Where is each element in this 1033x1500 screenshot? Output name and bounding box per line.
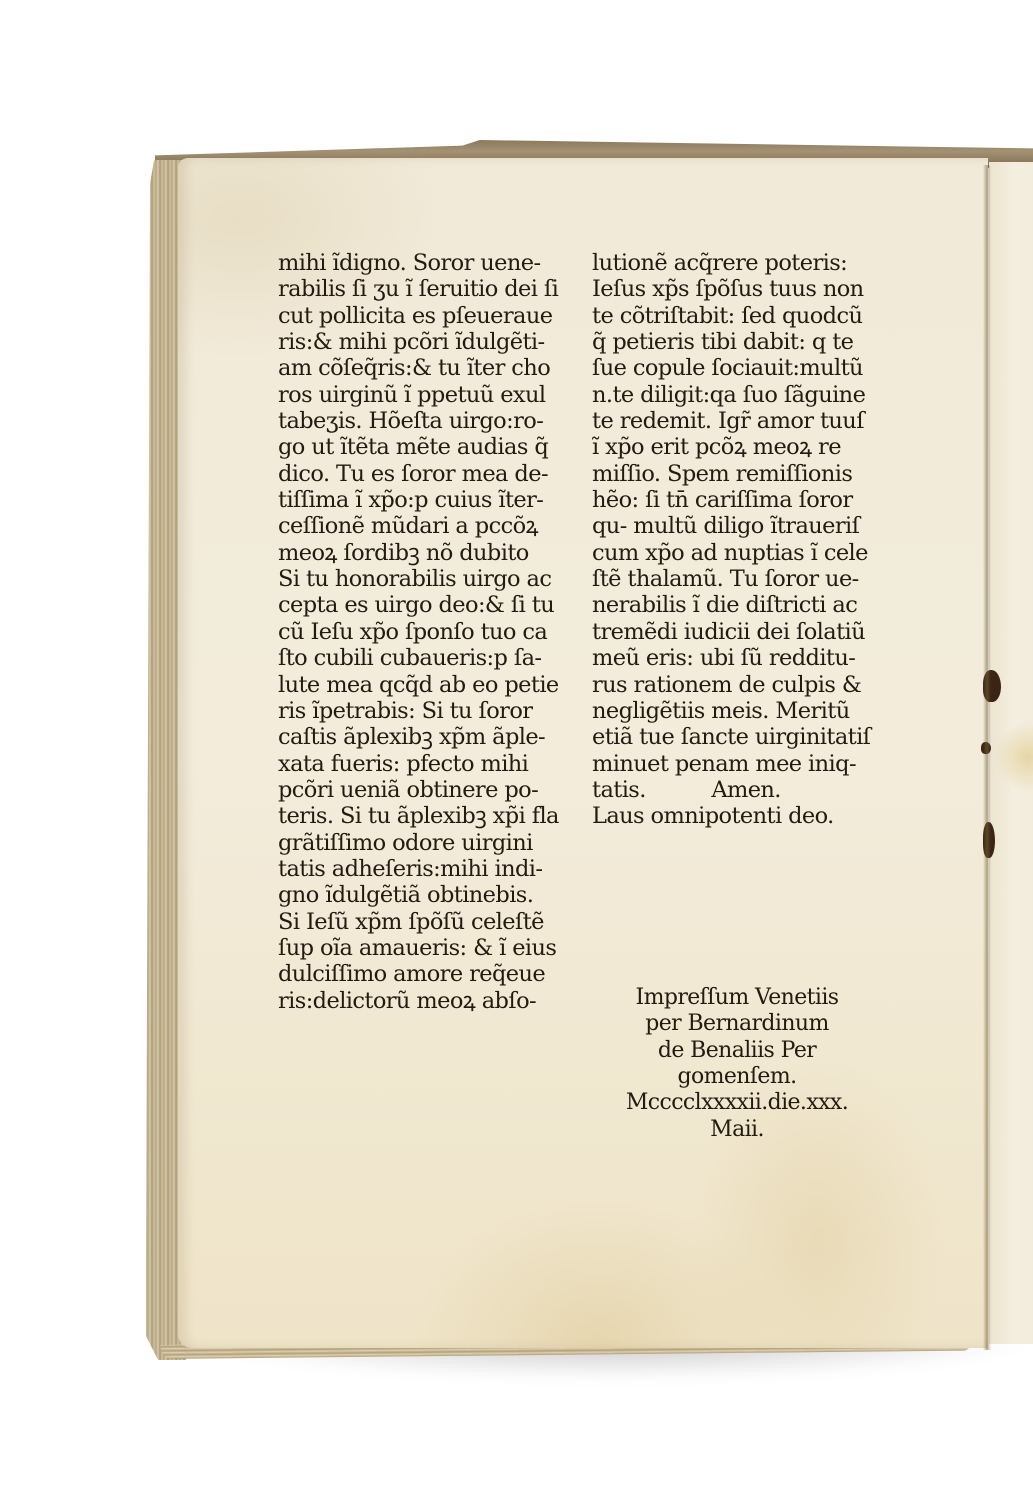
text-line: ſue copule ſociauit:multũ: [592, 355, 882, 381]
colophon-line: de Benaliis Per: [592, 1038, 882, 1064]
text-line: meoꝝ ſordibꝫ nõ dubito: [278, 540, 578, 566]
text-line: rabilis ſi ʒu ĩ ſeruitio dei ſi: [278, 276, 578, 302]
text-line: ris ĩpetrabis: Si tu ſoror: [278, 698, 578, 724]
text-line: meũ eris: ubi ſũ redditu-: [592, 645, 882, 671]
text-line: ſtẽ thalamũ. Tu ſoror ue-: [592, 566, 882, 592]
text-line: ris:delictorũ meoꝝ abſo-: [278, 988, 578, 1014]
colophon-line: Impreſſum Venetiis: [592, 985, 882, 1011]
text-line: tatis. Amen.: [592, 777, 882, 803]
text-line: dulciſſimo amore req̃eue: [278, 961, 578, 987]
text-line: cũ Ieſu xp̃o ſponſo tuo ca: [278, 619, 578, 645]
text-line: q̃ petieris tibi dabit: q te: [592, 329, 882, 355]
text-line: caſtis ãplexibꝫ xp̃m ãple-: [278, 724, 578, 750]
colophon: Impreſſum Venetiis per Bernardinum de Be…: [592, 985, 882, 1143]
text-line: Si tu honorabilis uirgo ac: [278, 566, 578, 592]
text-line: dico. Tu es ſoror mea de-: [278, 461, 578, 487]
text-line: te cõtriſtabit: ſed quodcũ: [592, 303, 882, 329]
text-line: tabeʒis. Hõeſta uirgo:ro-: [278, 408, 578, 434]
text-line: ros uirginũ ĩ ppetuũ exul: [278, 382, 578, 408]
text-line: ſto cubili cubaueris:p ſa-: [278, 645, 578, 671]
text-line: pcõri ueniã obtinere po-: [278, 777, 578, 803]
book-gutter: [983, 165, 991, 1350]
text-line: negligẽtiis meis. Meritũ: [592, 698, 882, 724]
text-line: xata fueris: pfecto mihi: [278, 751, 578, 777]
text-line: ſup oĩa amaueris: & ĩ eius: [278, 935, 578, 961]
text-line: rus rationem de culpis &: [592, 672, 882, 698]
text-line: ris:& mihi pcõri ĩdulgẽti-: [278, 329, 578, 355]
colophon-line: Maii.: [592, 1117, 882, 1143]
text-line: am cõſeq̃ris:& tu ĩter cho: [278, 355, 578, 381]
text-line: lute mea qcq̃d ab eo petie: [278, 672, 578, 698]
text-line: miſſio. Spem remiſſionis: [592, 461, 882, 487]
colophon-line: gomenſem.: [592, 1064, 882, 1090]
text-line: cut pollicita es pſeuerauе: [278, 303, 578, 329]
text-line: gno ĩdulgẽtiã obtinebis.: [278, 882, 578, 908]
text-line: hẽo: ſi tn̄ cariſſima ſoror: [592, 487, 882, 513]
text-line: mihi ĩdigno. Soror uene-: [278, 250, 578, 276]
text-line: te redemit. Igr̃ amor tuuſ: [592, 408, 882, 434]
text-line: Ieſus xp̃s ſpõſus tuus non: [592, 276, 882, 302]
text-line: n.te diligit:qa ſuo ſãguine: [592, 382, 882, 408]
text-line: Si Ieſũ xp̃m ſpõſũ celeſtẽ: [278, 909, 578, 935]
photograph-scene: mihi ĩdigno. Soror uene- rabilis ſi ʒu ĩ…: [0, 0, 1033, 1500]
water-stain: [993, 722, 1033, 792]
text-column-right: lutionẽ acq̃rere poteris: Ieſus xp̃s ſpõ…: [592, 250, 882, 830]
text-line: lutionẽ acq̃rere poteris:: [592, 250, 882, 276]
text-line: ĩ xp̃o erit pcõꝝ meoꝝ re: [592, 434, 882, 460]
text-column-left: mihi ĩdigno. Soror uene- rabilis ſi ʒu ĩ…: [278, 250, 578, 1014]
text-line: etiã tue ſancte uirginitatiſ: [592, 724, 882, 750]
text-line: nerabilis ĩ die diſtricti ac: [592, 592, 882, 618]
text-line: teris. Si tu ãplexibꝫ xp̃i fla: [278, 803, 578, 829]
text-line: grãtiſſimo odore uirgini: [278, 830, 578, 856]
text-line: tatis adheſeris:mihi indi-: [278, 856, 578, 882]
colophon-line: per Bernardinum: [592, 1011, 882, 1037]
text-line: go ut ĩtẽta mẽte audias q̃: [278, 434, 578, 460]
text-line: minuet penam mee iniq-: [592, 751, 882, 777]
text-line: cum xp̃o ad nuptias ĩ cele: [592, 540, 882, 566]
colophon-line: Mcccclxxxxii.die.xxx.: [592, 1090, 882, 1116]
text-line: ceſſionẽ mũdari a pccõꝝ: [278, 513, 578, 539]
text-line: tiſſima ĩ xp̃o:p cuius ĩter-: [278, 487, 578, 513]
recto-page-edge: [989, 162, 1033, 1344]
text-line: cepta es uirgo deo:& ſi tu: [278, 592, 578, 618]
text-line: Laus omnipotenti deo.: [592, 803, 882, 829]
text-line: qu- multũ diligo ĩtraueriſ: [592, 513, 882, 539]
text-line: tremẽdi iudicii dei ſolatiũ: [592, 619, 882, 645]
